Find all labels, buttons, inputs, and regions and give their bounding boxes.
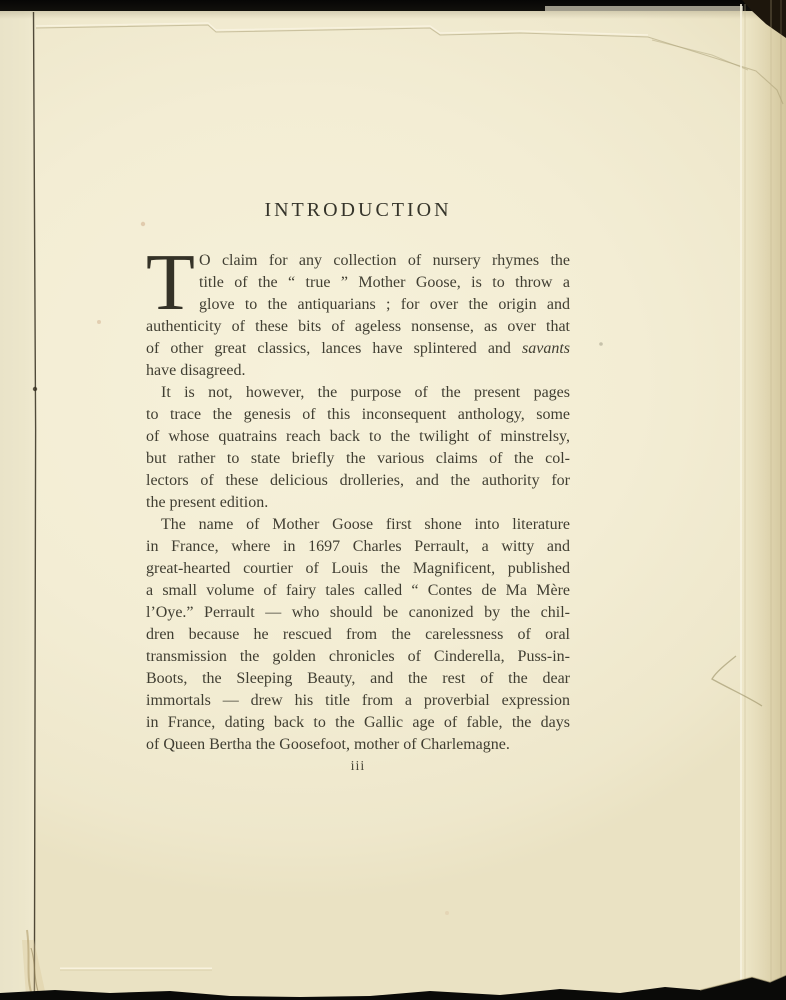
torn-top-edge <box>545 6 743 11</box>
text-line: l’Oye.” Perrault — who should be canoniz… <box>146 602 570 624</box>
text-line: immortals — drew his title from a prover… <box>146 690 570 712</box>
text-line: to trace the genesis of this inconsequen… <box>146 404 570 426</box>
text-line: of whose quatrains reach back to the twi… <box>146 426 570 448</box>
text-line: in France, dating back to the Gallic age… <box>146 712 570 734</box>
paragraph: TO claim for any collection of nursery r… <box>146 250 570 382</box>
text-line: great-hearted courtier of Louis the Magn… <box>146 558 570 580</box>
text-line: Boots, the Sleeping Beauty, and the rest… <box>146 668 570 690</box>
text-line: authenticity of these bits of ageless no… <box>146 316 570 338</box>
text-line: It is not, however, the purpose of the p… <box>146 382 570 404</box>
text-line: but rather to state briefly the various … <box>146 448 570 470</box>
text-line: transmission the golden chronicles of Ci… <box>146 646 570 668</box>
paper-speck <box>599 342 603 346</box>
torn-bottom-edge <box>0 975 786 1000</box>
drop-cap-letter: T <box>146 252 196 314</box>
page-number: iii <box>146 759 570 775</box>
paragraph: It is not, however, the purpose of the p… <box>146 382 570 514</box>
embossed-line-shadow <box>60 970 212 971</box>
text-line: lectors of these delicious drolleries, a… <box>146 470 570 492</box>
paper-speck <box>97 320 101 324</box>
text-line: glove to the antiquarians ; for over the… <box>146 294 570 316</box>
crease-line-top-highlight <box>36 23 648 35</box>
torn-corner-top-right <box>742 0 786 38</box>
text-line: O claim for any collection of nursery rh… <box>146 250 570 272</box>
crease-mark-right <box>712 656 762 706</box>
text-line: of other great classics, lances have spl… <box>146 338 570 360</box>
book-scan-photo: INTRODUCTION TO claim for any collection… <box>0 0 786 1000</box>
embossed-line-highlight <box>60 968 212 970</box>
crease-line-top-secondary <box>652 40 748 70</box>
text-line: of Queen Bertha the Goosefoot, mother of… <box>146 734 570 756</box>
paper-speck <box>445 911 449 915</box>
crease-line-top <box>36 25 783 104</box>
gutter-ink-blob <box>33 387 37 391</box>
text-line: title of the “ true ” Mother Goose, is t… <box>146 272 570 294</box>
text-line: a small volume of fairy tales called “ C… <box>146 580 570 602</box>
paragraph: The name of Mother Goose first shone int… <box>146 514 570 756</box>
text-line: The name of Mother Goose first shone int… <box>146 514 570 536</box>
page-text-block: INTRODUCTION TO claim for any collection… <box>146 200 570 775</box>
text-line: the present edition. <box>146 492 570 514</box>
paper-speck <box>141 222 145 226</box>
page-gutter-line <box>34 12 36 993</box>
text-line: dren because he rescued from the careles… <box>146 624 570 646</box>
text-line: in France, where in 1697 Charles Perraul… <box>146 536 570 558</box>
page-title: INTRODUCTION <box>146 200 570 221</box>
paragraphs: TO claim for any collection of nursery r… <box>146 250 570 756</box>
text-line: have disagreed. <box>146 360 570 382</box>
